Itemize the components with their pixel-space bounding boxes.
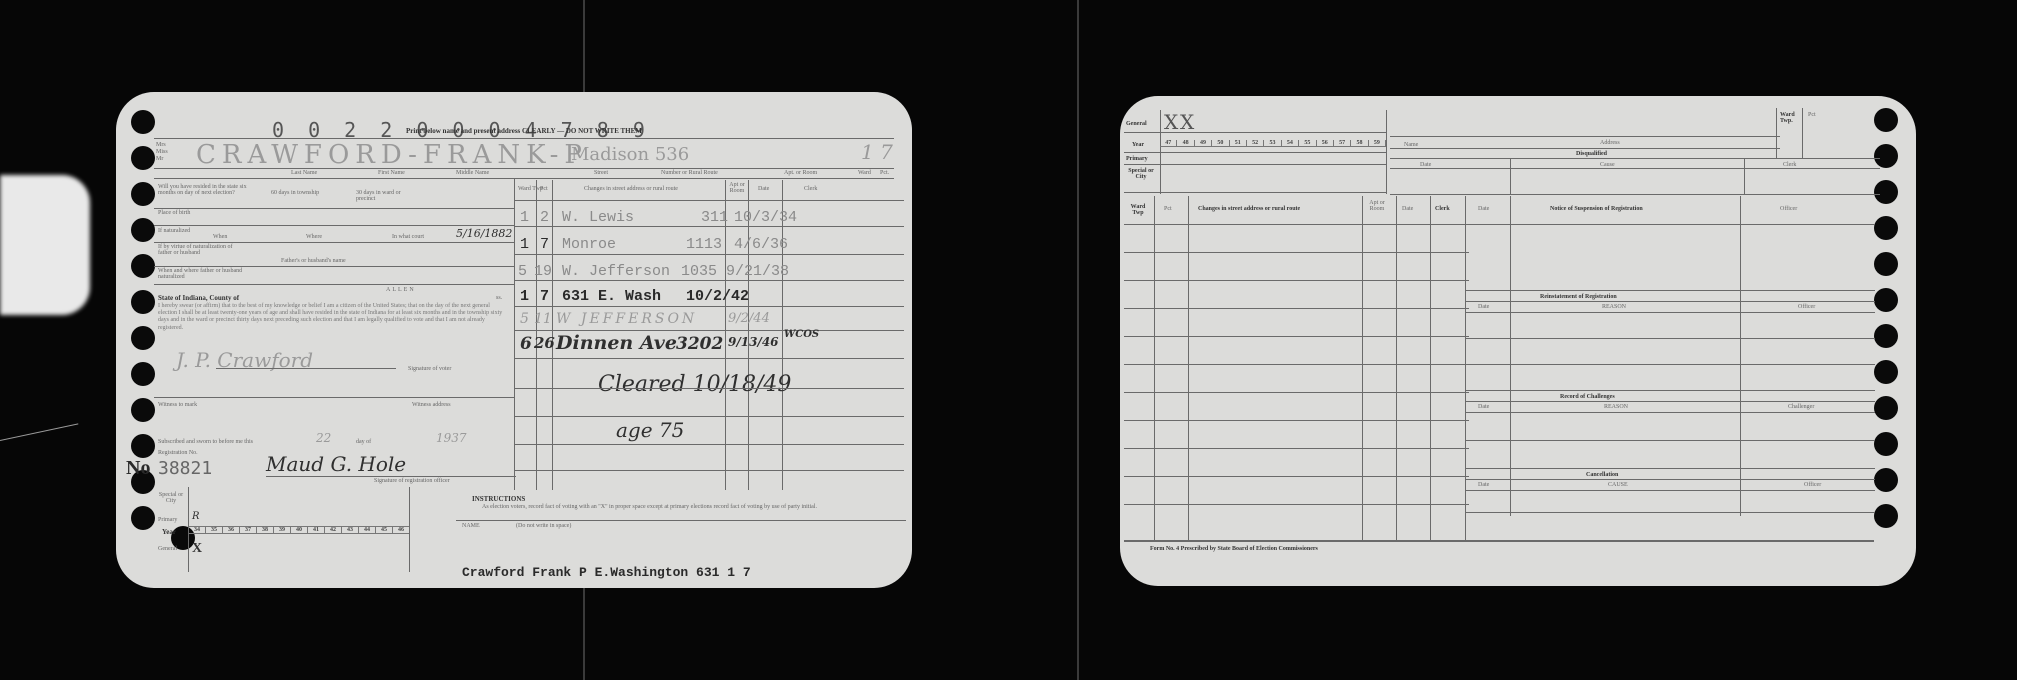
naturalized-date: 5/16/1882 xyxy=(456,228,512,239)
registration-card-front: 0 0 2 2 0 0 0 4 7 8 9 Print below name a… xyxy=(116,92,912,588)
back-year-grid: 47484950515253545556575859 xyxy=(1160,140,1386,147)
address-value: Madison 536 xyxy=(571,146,689,164)
officer-signature: Maud G. Hole xyxy=(266,454,406,474)
voter-name-value: CRAWFORD-FRANK-P xyxy=(196,142,588,168)
front-year-grid: 34353637383940414243444546 xyxy=(188,526,410,534)
voter-signature: J. P. Crawford xyxy=(176,350,313,370)
registration-number: 38821 xyxy=(158,460,212,478)
registration-prefix: No xyxy=(126,458,150,478)
oath-text: I hereby swear (or affirm) that to the b… xyxy=(158,303,508,332)
general-mark-47: X xyxy=(1164,112,1178,132)
header-instruction: Print below name and present address CLE… xyxy=(406,128,642,135)
general-mark: X xyxy=(192,542,202,556)
adjacent-card-edge xyxy=(0,175,90,315)
registration-card-back: General Year Primary Special or City 474… xyxy=(1120,96,1916,586)
bottom-typed-index: Crawford Frank P E.Washington 631 1 7 xyxy=(462,566,751,579)
frame-divider xyxy=(1077,0,1079,680)
film-scratch xyxy=(0,423,78,441)
ward-pct-value: 1 7 xyxy=(861,142,893,162)
general-mark-48: X xyxy=(1180,112,1194,132)
age-note: age 75 xyxy=(616,420,684,440)
form-footer: Form No. 4 Prescribed by State Board of … xyxy=(1150,546,1318,552)
cleared-note: Cleared 10/18/49 xyxy=(598,374,791,396)
microfilm-frame: 0 0 2 2 0 0 0 4 7 8 9 Print below name a… xyxy=(0,0,2017,680)
punch-holes-right xyxy=(1874,108,1898,540)
primary-mark: R xyxy=(192,512,200,522)
county-value: ALLEN xyxy=(386,287,416,293)
